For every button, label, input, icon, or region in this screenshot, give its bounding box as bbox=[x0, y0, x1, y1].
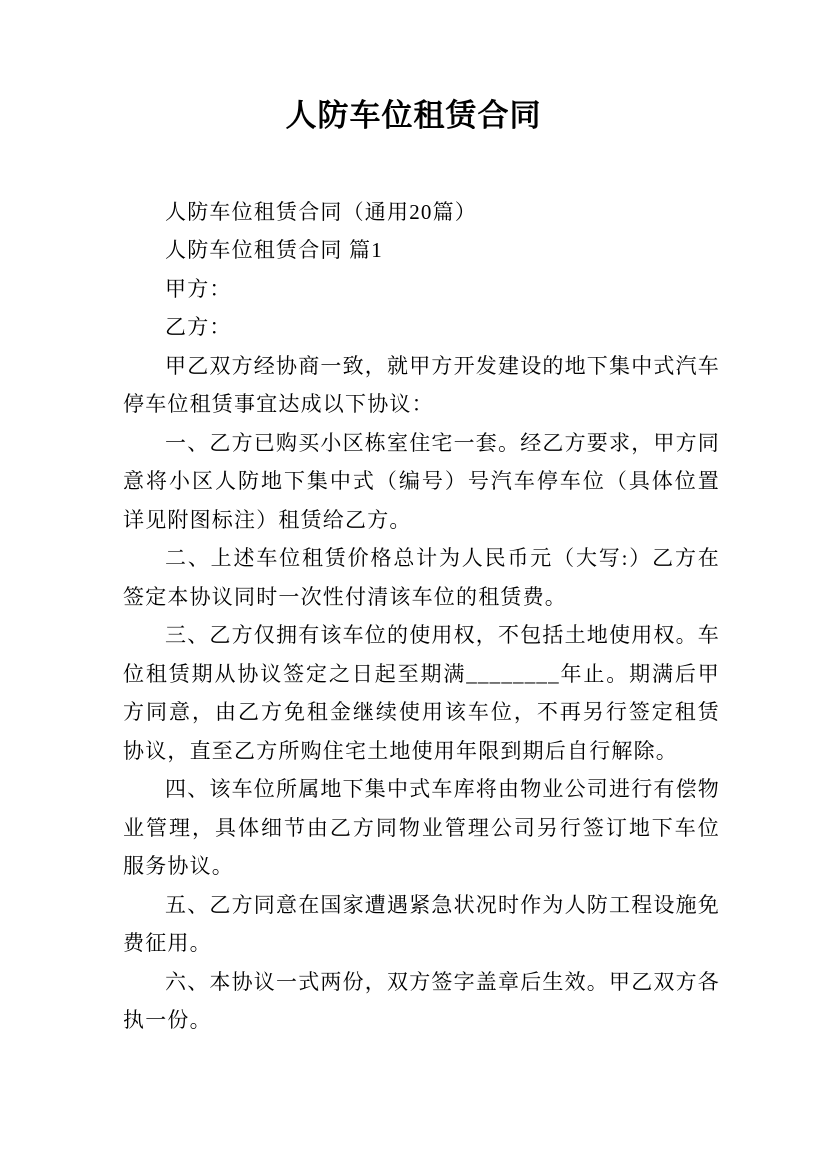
paragraph: 二、上述车位租赁价格总计为人民币元（大写:）乙方在签定本协议同时一次性付清该车位… bbox=[123, 539, 720, 616]
paragraph: 乙方： bbox=[123, 308, 720, 347]
paragraph: 甲方： bbox=[123, 270, 720, 309]
paragraph: 四、该车位所属地下集中式车库将由物业公司进行有偿物业管理，具体细节由乙方同物业管… bbox=[123, 770, 720, 886]
paragraph: 甲乙双方经协商一致，就甲方开发建设的地下集中式汽车停车位租赁事宜达成以下协议： bbox=[123, 347, 720, 424]
paragraph: 人防车位租赁合同 篇1 bbox=[123, 231, 720, 270]
document-page: 人防车位租赁合同 人防车位租赁合同（通用20篇）人防车位租赁合同 篇1甲方：乙方… bbox=[0, 0, 827, 1170]
paragraph: 三、乙方仅拥有该车位的使用权，不包括土地使用权。车位租赁期从协议签定之日起至期满… bbox=[123, 616, 720, 770]
contract-body: 人防车位租赁合同（通用20篇）人防车位租赁合同 篇1甲方：乙方：甲乙双方经协商一… bbox=[123, 193, 720, 1040]
document-title: 人防车位租赁合同 bbox=[0, 97, 827, 136]
paragraph: 五、乙方同意在国家遭遇紧急状况时作为人防工程设施免费征用。 bbox=[123, 886, 720, 963]
paragraph: 六、本协议一式两份，双方签字盖章后生效。甲乙双方各执一份。 bbox=[123, 963, 720, 1040]
paragraph: 一、乙方已购买小区栋室住宅一套。经乙方要求，甲方同意将小区人防地下集中式（编号）… bbox=[123, 424, 720, 540]
paragraph: 人防车位租赁合同（通用20篇） bbox=[123, 193, 720, 232]
